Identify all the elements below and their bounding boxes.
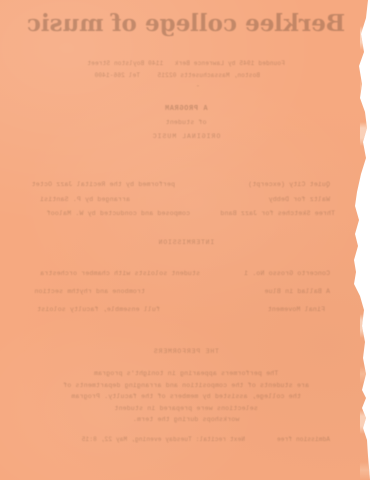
program-row: A Ballad in Blue trombone and rhythm sec… bbox=[0, 288, 372, 296]
performers-paragraph: The performers appearing in tonight's pr… bbox=[36, 368, 336, 426]
paragraph-line: The performers appearing in tonight's pr… bbox=[36, 368, 336, 380]
berklee-logo-showthrough: Berklee college of music bbox=[0, 20, 372, 28]
address-line-2-city: Boston, Massachusetts 02215 bbox=[157, 72, 260, 80]
piece-credit: trombone and rhythm section bbox=[34, 288, 145, 296]
program-row: Final Movement full ensemble, faculty so… bbox=[0, 306, 372, 314]
piece-credit: performed by the Recital Jazz Octet bbox=[31, 181, 175, 189]
program-title-line-3: ORIGINAL MUSIC bbox=[0, 133, 372, 141]
piece-title: A Ballad in Blue bbox=[264, 288, 330, 296]
program-row: Three Sketches for Jazz Band composed an… bbox=[0, 210, 372, 218]
performers-heading: THE PERFORMERS bbox=[0, 348, 372, 356]
program-row: Waltz for Debby arranged by P. Santisi bbox=[0, 196, 372, 204]
page-ornament-mark: - bbox=[196, 83, 200, 91]
piece-credit: arranged by P. Santisi bbox=[40, 196, 130, 204]
program-title-line-2: of student bbox=[0, 119, 372, 127]
footer-admission-note: Admission free bbox=[277, 436, 330, 444]
address-line-1: Founded 1945 by Lawrence Berk 1140 Boyls… bbox=[0, 60, 372, 68]
piece-credit: composed and conducted by W. Maloof bbox=[46, 210, 190, 218]
piece-title: Three Sketches for Jazz Band bbox=[220, 210, 335, 218]
program-row: Quiet City (excerpt) performed by the Re… bbox=[0, 181, 372, 189]
mirrored-showthrough-content: Berklee college of music Founded 1945 by… bbox=[0, 0, 372, 480]
program-title-line-1: A PROGRAM bbox=[0, 105, 372, 113]
piece-title: Concerto Grosso No. 1 bbox=[244, 270, 330, 278]
paragraph-line: selections were prepared in student bbox=[36, 403, 336, 415]
piece-title: Quiet City (excerpt) bbox=[248, 181, 330, 189]
intermission-heading: INTERMISSION bbox=[0, 239, 372, 247]
piece-credit: full ensemble, faculty soloist bbox=[37, 306, 160, 314]
address-line-2-phone: Tel 266-1400 bbox=[94, 72, 140, 80]
scanned-paper-sheet: Berklee college of music Founded 1945 by… bbox=[0, 0, 372, 480]
paragraph-line: the college, assisted by members of the … bbox=[36, 391, 336, 403]
paragraph-line: are students of the composition and arra… bbox=[36, 380, 336, 392]
piece-credit: student soloists with chamber orchestra bbox=[40, 270, 200, 278]
program-row: Concerto Grosso No. 1 student soloists w… bbox=[0, 270, 372, 278]
piece-title: Final Movement bbox=[268, 306, 325, 314]
piece-title: Waltz for Debby bbox=[268, 196, 330, 204]
paragraph-line: workshops during the term. bbox=[36, 414, 336, 426]
footer-next-recital-note: Next recital: Tuesday evening, May 22, 8… bbox=[82, 436, 245, 444]
